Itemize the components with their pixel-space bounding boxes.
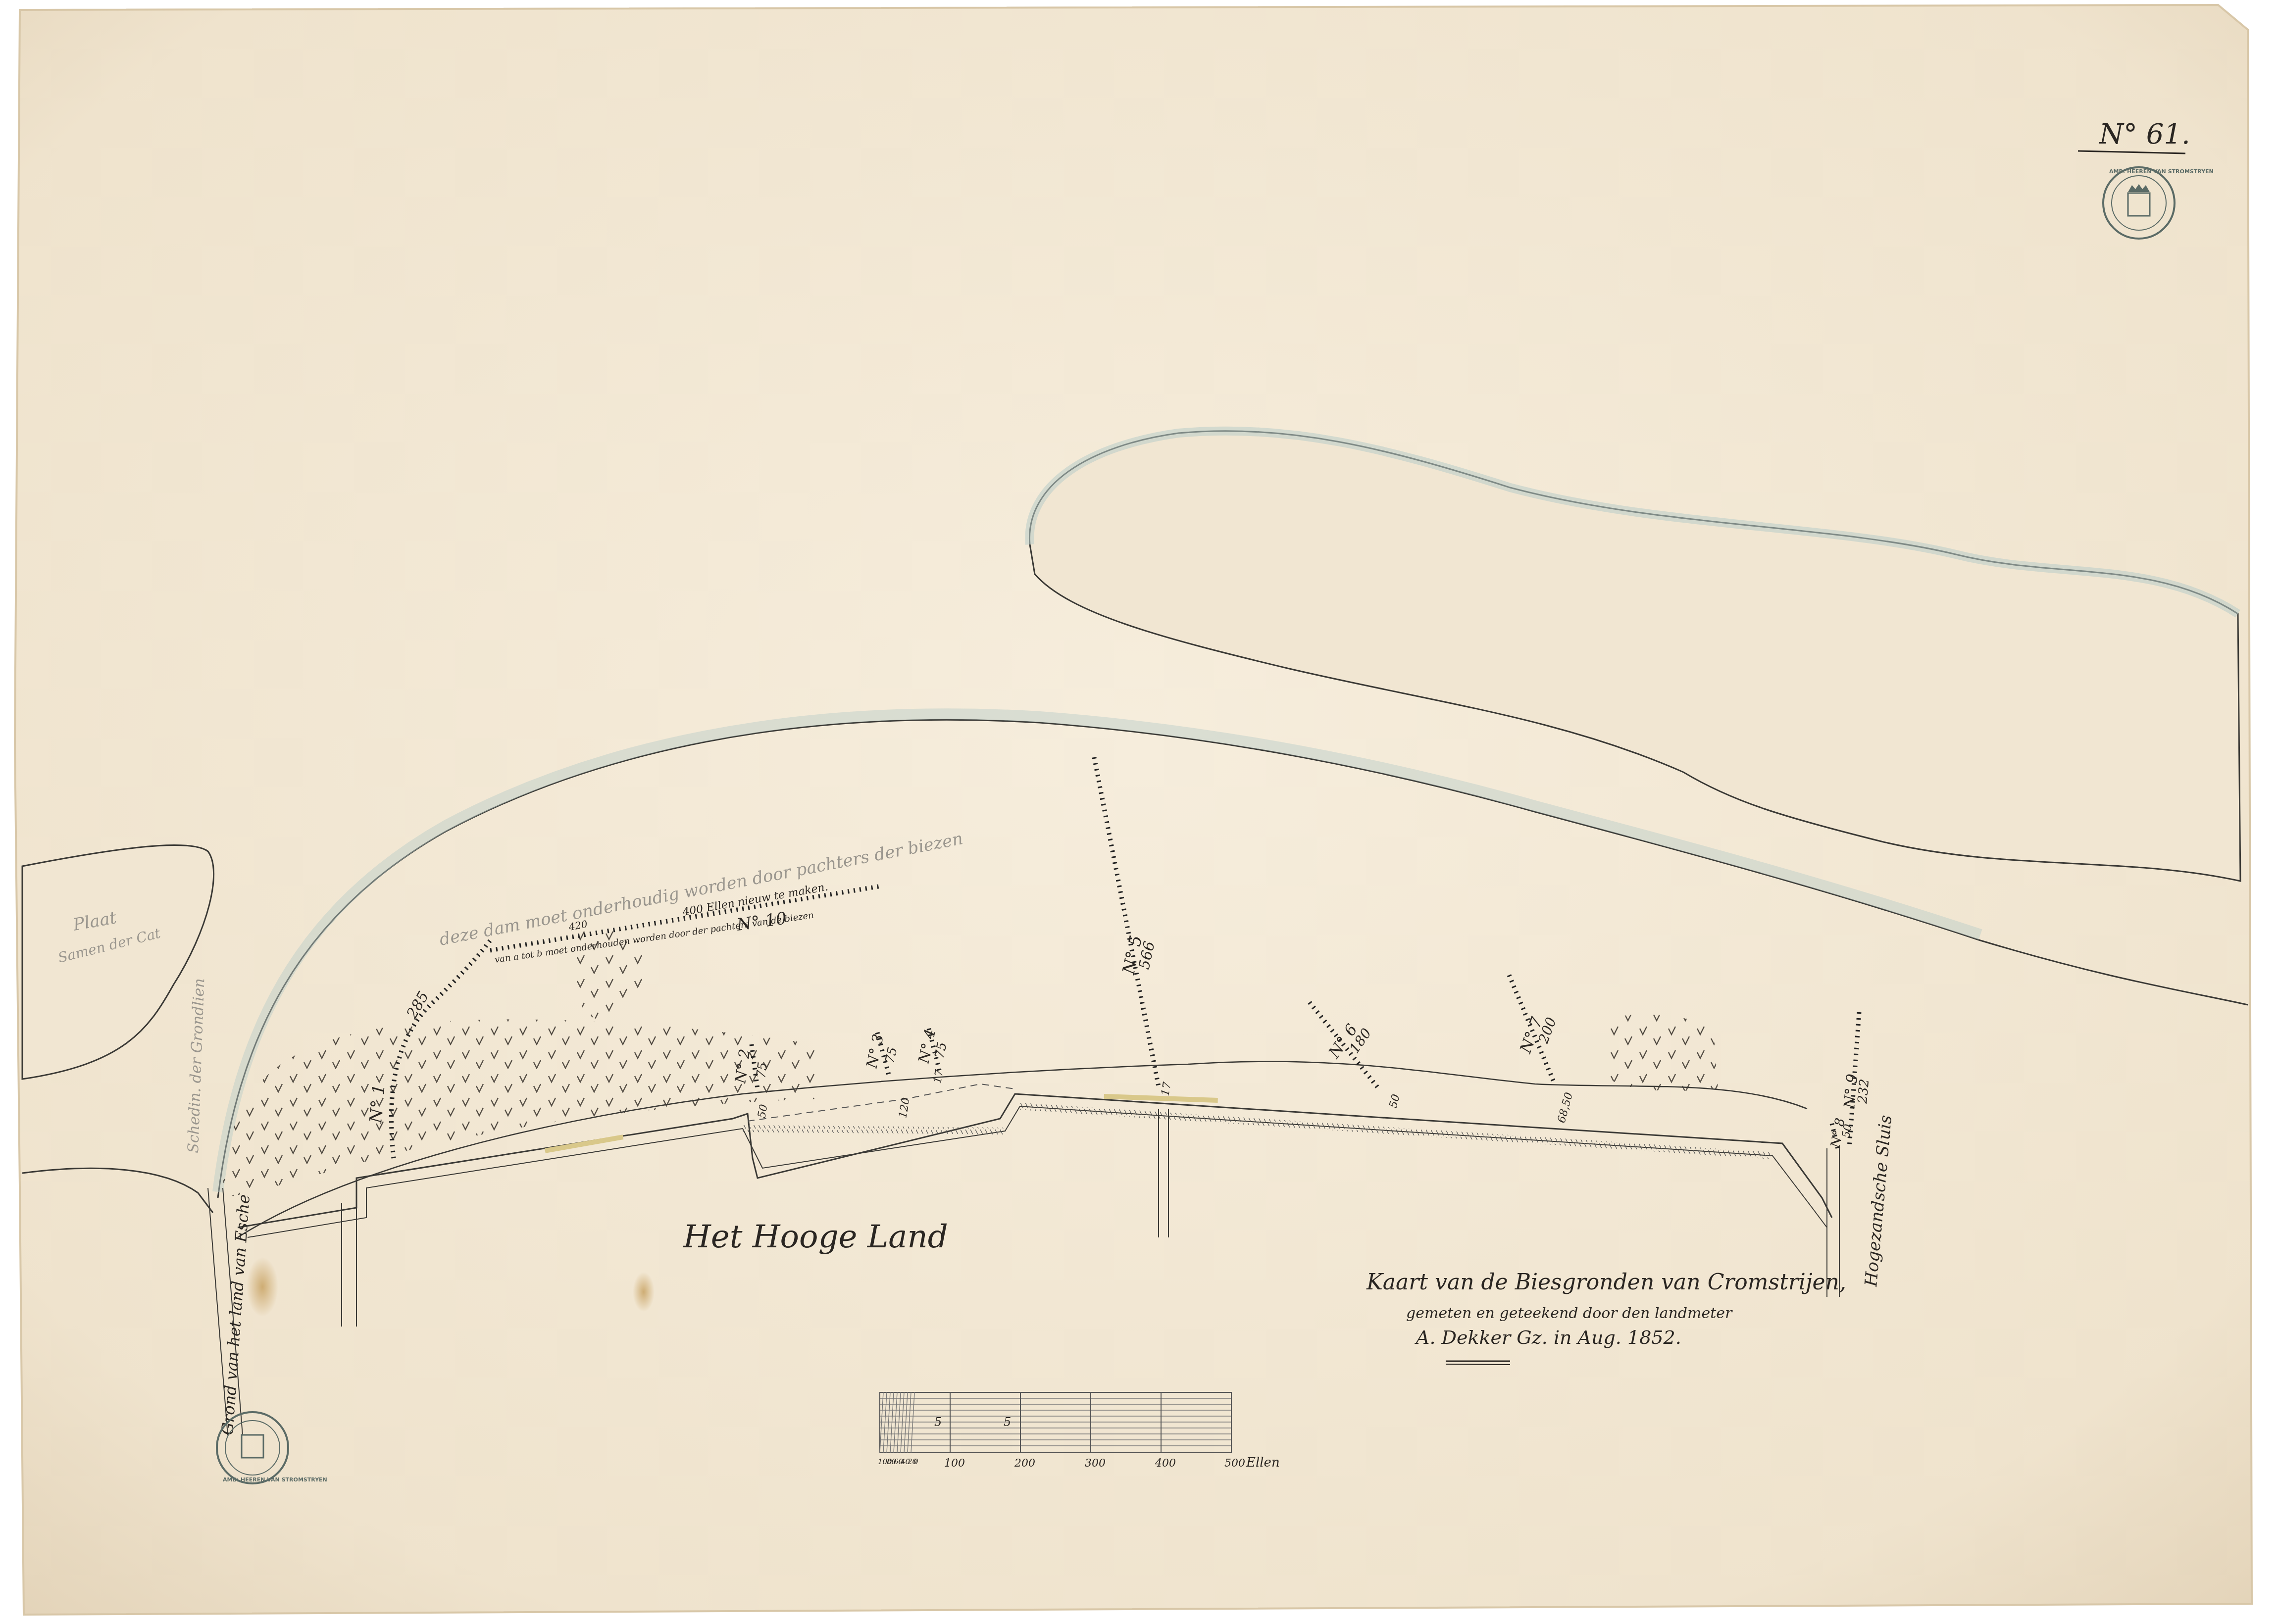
scale-tick: 0 bbox=[913, 1457, 918, 1466]
survey-length-8: 50 bbox=[1840, 1123, 1854, 1139]
survey-length-2: 75 bbox=[754, 1061, 770, 1080]
title-line-1: Kaart van de Biesgronden van Cromstrijen… bbox=[1366, 1270, 1846, 1295]
scale-tick: 100 bbox=[944, 1457, 965, 1470]
stain bbox=[633, 1272, 655, 1312]
title-line-2: gemeten en geteekend door den landmeter bbox=[1406, 1305, 1733, 1322]
scale-mark: 5 bbox=[1004, 1415, 1011, 1429]
offset-label: 17 bbox=[1159, 1081, 1173, 1097]
offset-label: 17 bbox=[931, 1069, 946, 1084]
stamp-text: AMB: HEEREN VAN STROMSTRYEN bbox=[2109, 168, 2214, 175]
stain bbox=[247, 1257, 278, 1317]
survey-label-1: N° 1 bbox=[366, 1083, 389, 1124]
offset-label: 50 bbox=[756, 1103, 770, 1119]
scale-unit: Ellen bbox=[1246, 1455, 1280, 1470]
het-hooge-land-label: Het Hooge Land bbox=[683, 1219, 948, 1255]
scale-tick: 500 bbox=[1224, 1457, 1245, 1470]
stamp-text: AMB: HEEREN VAN STROMSTRYEN bbox=[223, 1476, 327, 1483]
scale-mark: 5 bbox=[934, 1415, 942, 1429]
scale-tick: 400 bbox=[1155, 1457, 1176, 1470]
historic-map-sheet: N° 1 285 N° 2 75 N° 3 75 N° 4 75 N° 5 56… bbox=[0, 0, 2278, 1624]
scale-tick: 300 bbox=[1085, 1457, 1106, 1470]
scale-tick: 200 bbox=[1014, 1457, 1035, 1470]
sheet-number-text: N° 61. bbox=[2098, 118, 2190, 150]
survey-length-9: 232 bbox=[1855, 1079, 1872, 1105]
title-line-3: A. Dekker Gz. in Aug. 1852. bbox=[1415, 1327, 1681, 1348]
